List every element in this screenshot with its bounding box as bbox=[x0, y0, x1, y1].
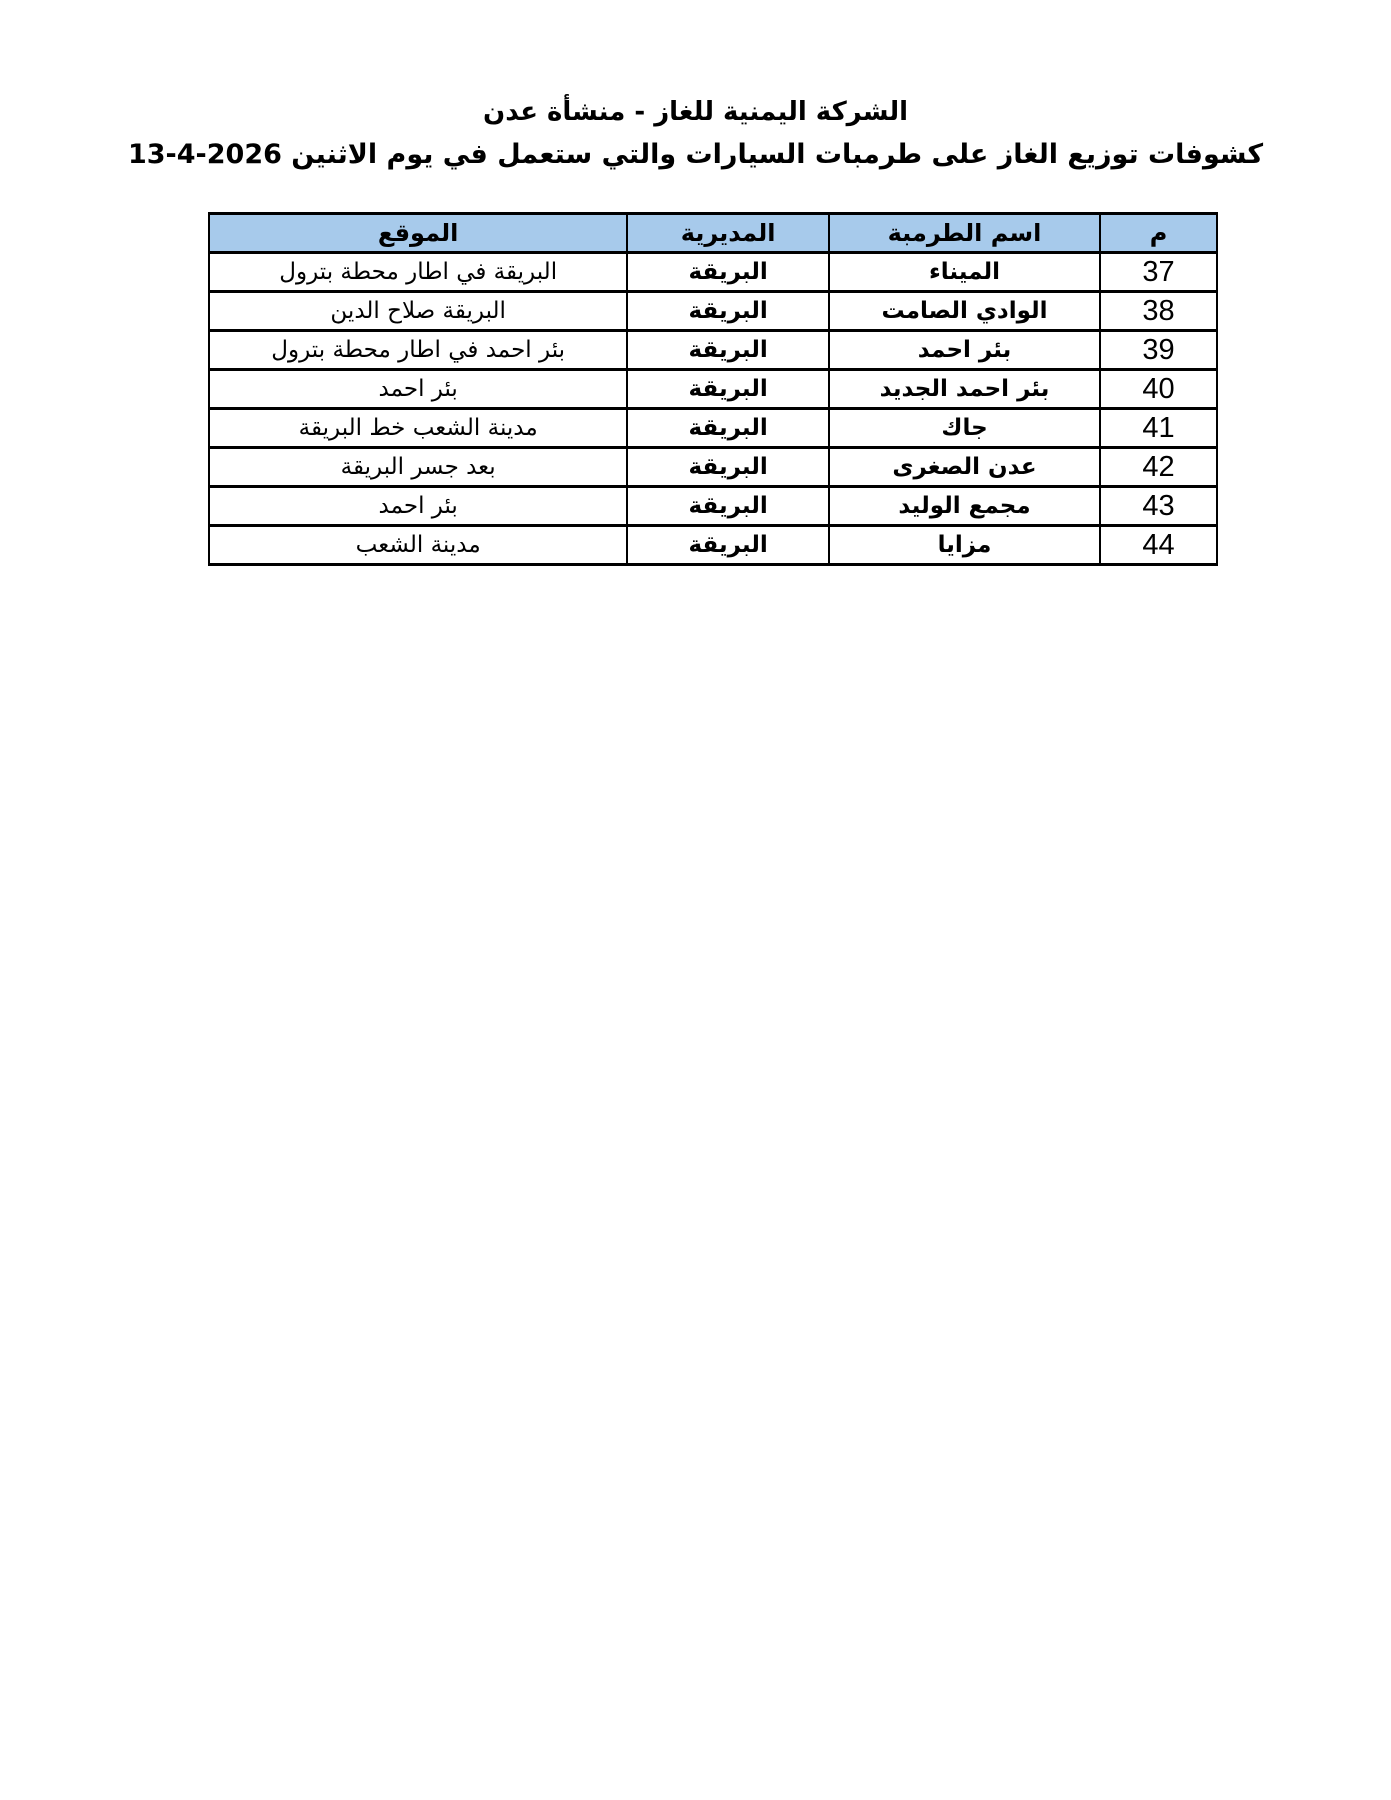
cell-location: البريقة صلاح الدين bbox=[209, 292, 627, 331]
cell-pump: عدن الصغرى bbox=[829, 448, 1100, 487]
cell-district: البريقة bbox=[627, 448, 829, 487]
cell-num: 38 bbox=[1100, 292, 1217, 331]
cell-pump: الوادي الصامت bbox=[829, 292, 1100, 331]
table-row: 40 بئر احمد الجديد البريقة بئر احمد bbox=[209, 370, 1217, 409]
cell-num: 44 bbox=[1100, 526, 1217, 565]
table-header-row: م اسم الطرمبة المديرية الموقع bbox=[209, 214, 1217, 253]
table-row: 43 مجمع الوليد البريقة بئر احمد bbox=[209, 487, 1217, 526]
cell-num: 41 bbox=[1100, 409, 1217, 448]
header-district: المديرية bbox=[627, 214, 829, 253]
cell-num: 43 bbox=[1100, 487, 1217, 526]
table-row: 37 الميناء البريقة البريقة في اطار محطة … bbox=[209, 253, 1217, 292]
cell-pump: بئر احمد bbox=[829, 331, 1100, 370]
header-pump: اسم الطرمبة bbox=[829, 214, 1100, 253]
company-title: الشركة اليمنية للغاز - منشأة عدن bbox=[0, 97, 1391, 128]
table-row: 42 عدن الصغرى البريقة بعد جسر البريقة bbox=[209, 448, 1217, 487]
cell-num: 40 bbox=[1100, 370, 1217, 409]
cell-pump: الميناء bbox=[829, 253, 1100, 292]
table-row: 38 الوادي الصامت البريقة البريقة صلاح ال… bbox=[209, 292, 1217, 331]
cell-location: مدينة الشعب bbox=[209, 526, 627, 565]
cell-pump: مزايا bbox=[829, 526, 1100, 565]
cell-pump: مجمع الوليد bbox=[829, 487, 1100, 526]
cell-district: البريقة bbox=[627, 409, 829, 448]
table-row: 41 جاك البريقة مدينة الشعب خط البريقة bbox=[209, 409, 1217, 448]
gas-distribution-table: م اسم الطرمبة المديرية الموقع 37 الميناء… bbox=[208, 212, 1218, 566]
cell-district: البريقة bbox=[627, 487, 829, 526]
table-row: 39 بئر احمد البريقة بئر احمد في اطار محط… bbox=[209, 331, 1217, 370]
cell-location: مدينة الشعب خط البريقة bbox=[209, 409, 627, 448]
cell-location: البريقة في اطار محطة بترول bbox=[209, 253, 627, 292]
header-num: م bbox=[1100, 214, 1217, 253]
distribution-schedule-subtitle: كشوفات توزيع الغاز على طرمبات السيارات و… bbox=[0, 139, 1391, 171]
cell-district: البريقة bbox=[627, 253, 829, 292]
cell-district: البريقة bbox=[627, 370, 829, 409]
cell-num: 39 bbox=[1100, 331, 1217, 370]
cell-num: 37 bbox=[1100, 253, 1217, 292]
cell-location: بئر احمد في اطار محطة بترول bbox=[209, 331, 627, 370]
document-page: الشركة اليمنية للغاز - منشأة عدن كشوفات … bbox=[0, 0, 1391, 1800]
cell-district: البريقة bbox=[627, 331, 829, 370]
cell-location: بعد جسر البريقة bbox=[209, 448, 627, 487]
cell-district: البريقة bbox=[627, 526, 829, 565]
table-row: 44 مزايا البريقة مدينة الشعب bbox=[209, 526, 1217, 565]
cell-pump: جاك bbox=[829, 409, 1100, 448]
cell-location: بئر احمد bbox=[209, 487, 627, 526]
header-location: الموقع bbox=[209, 214, 627, 253]
cell-district: البريقة bbox=[627, 292, 829, 331]
cell-num: 42 bbox=[1100, 448, 1217, 487]
cell-location: بئر احمد bbox=[209, 370, 627, 409]
cell-pump: بئر احمد الجديد bbox=[829, 370, 1100, 409]
